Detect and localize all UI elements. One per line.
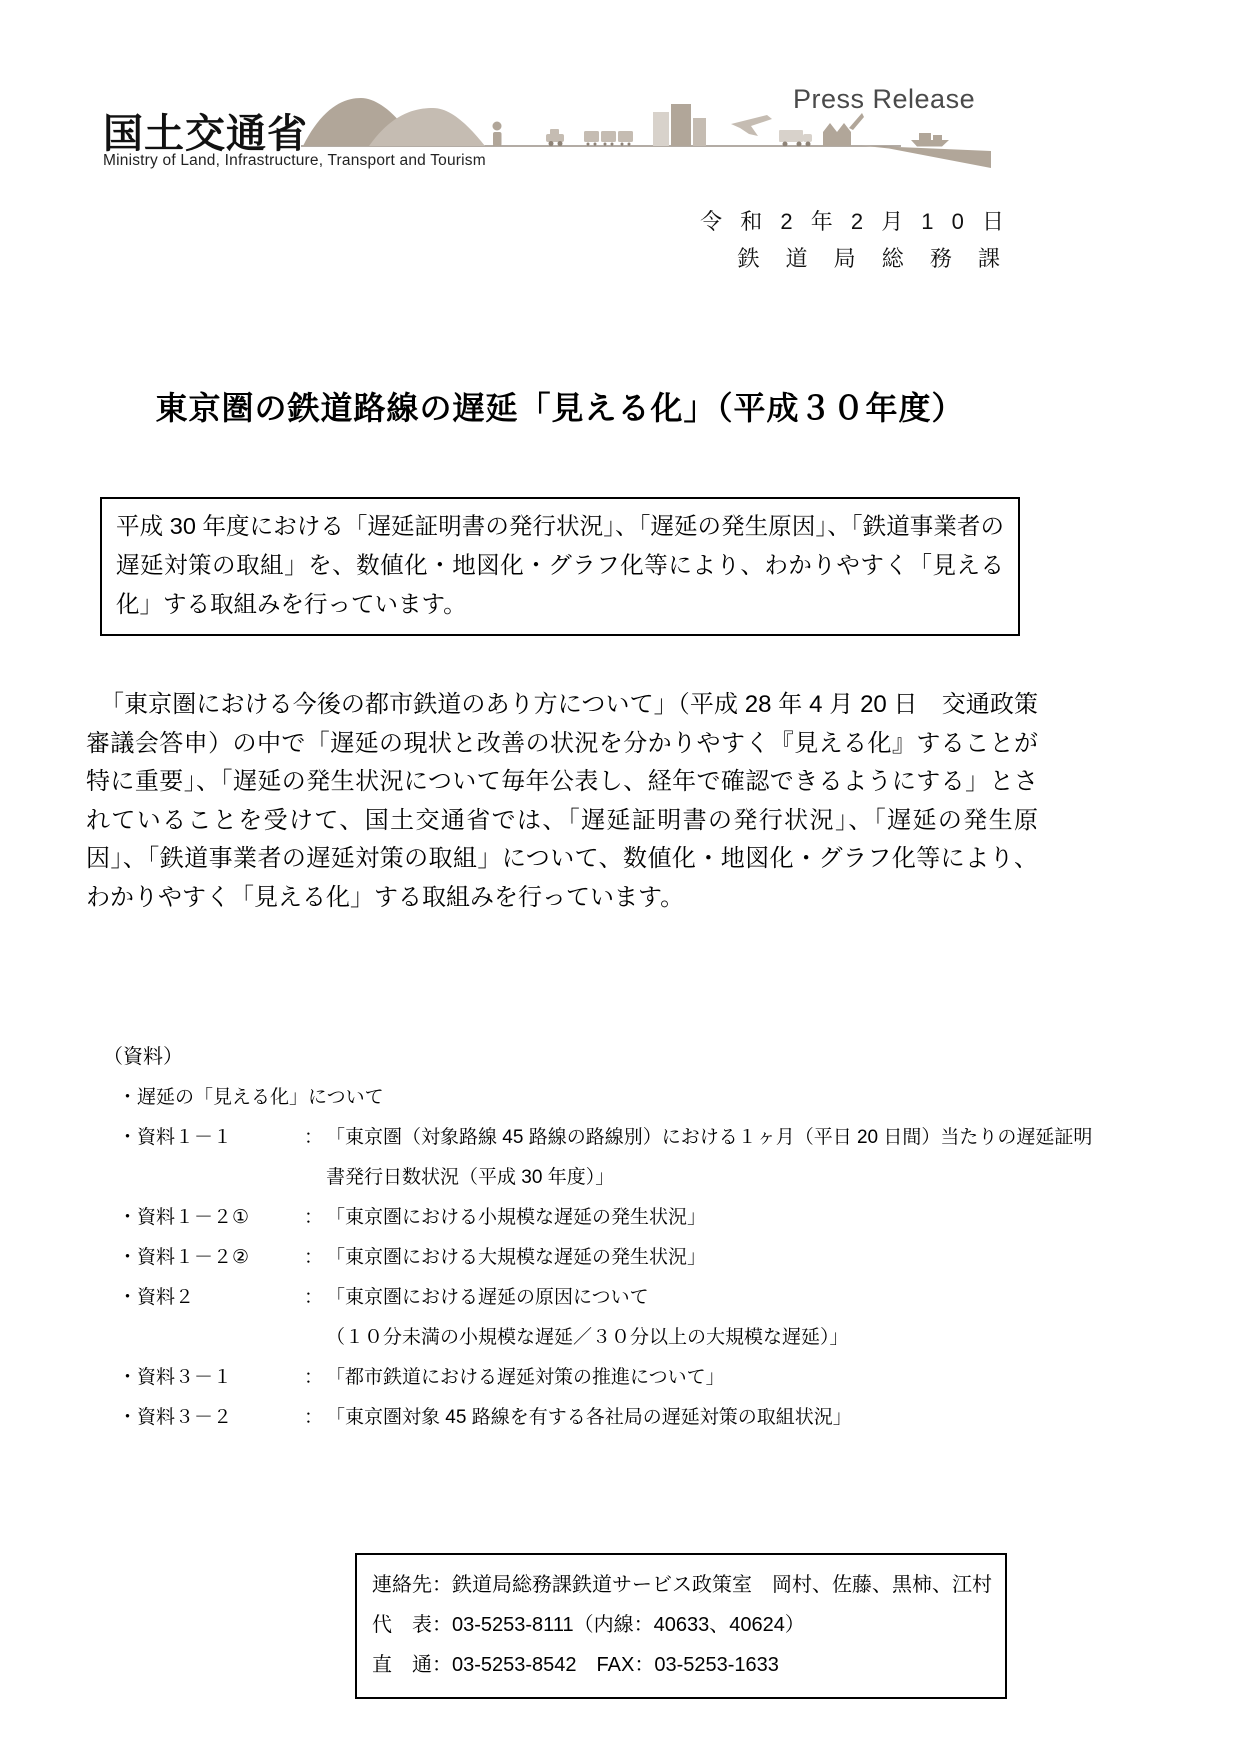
truck-icon <box>779 130 803 142</box>
attachment-colon: ： <box>304 1118 326 1158</box>
attachment-item: ・資料１－２① ： 「東京圏における小規模な遅延の発生状況」 <box>118 1198 1178 1238</box>
train-icon <box>584 131 599 142</box>
attachment-description: 「東京圏における遅延の原因について （１０分未満の小規模な遅延／３０分以上の大規… <box>326 1278 849 1358</box>
ship-icon <box>911 140 949 147</box>
attachment-description: 「東京圏における大規模な遅延の発生状況」 <box>326 1238 706 1278</box>
attachment-label: ・遅延の「見える化」について <box>118 1078 384 1118</box>
attachment-colon: ： <box>304 1278 326 1318</box>
summary-text: 平成 30 年度における「遅延証明書の発行状況」、「遅延の発生原因」、「鉄道事業… <box>116 513 1004 617</box>
attachment-label: ・資料２ <box>118 1278 304 1318</box>
contact-line: 連絡先：鉄道局総務課鉄道サービス政策室 岡村、佐藤、黒柿、江村 <box>372 1565 990 1605</box>
attachment-description: 「東京圏における小規模な遅延の発生状況」 <box>326 1198 706 1238</box>
summary-box: 平成 30 年度における「遅延証明書の発行状況」、「遅延の発生原因」、「鉄道事業… <box>100 497 1020 636</box>
attachment-item: ・資料３－１ ： 「都市鉄道における遅延対策の推進について」 <box>118 1358 1178 1398</box>
press-release-page: 国土交通省 Ministry of Land, Infrastructure, … <box>0 0 1240 1754</box>
building-icon <box>653 112 669 146</box>
car-icon <box>546 134 564 142</box>
attachments-section-label: （資料） <box>103 1040 183 1069</box>
attachment-description: 「東京圏（対象路線 45 路線の路線別）における１ヶ月（平日 20 日間）当たり… <box>326 1118 1092 1198</box>
attachment-description: 「東京圏対象 45 路線を有する各社局の遅延対策の取組状況」 <box>326 1398 852 1438</box>
attachment-colon: ： <box>304 1358 326 1398</box>
release-date: 令 和 2 年 2 月 1 0 日 <box>530 203 1010 240</box>
attachment-label: ・資料１－２② <box>118 1238 304 1278</box>
attachment-label: ・資料１－２① <box>118 1198 304 1238</box>
factory-icon <box>823 123 851 146</box>
attachment-item: ・資料１－１ ： 「東京圏（対象路線 45 路線の路線別）における１ヶ月（平日 … <box>118 1118 1178 1198</box>
attachment-label: ・資料３－２ <box>118 1398 304 1438</box>
building-icon <box>693 118 706 146</box>
ministry-logo-japanese: 国土交通省 <box>103 102 308 159</box>
attachment-item: ・資料３－２ ： 「東京圏対象 45 路線を有する各社局の遅延対策の取組状況」 <box>118 1398 1178 1438</box>
date-block: 令 和 2 年 2 月 1 0 日 鉄 道 局 総 務 課 <box>530 203 1010 277</box>
attachment-item: ・資料１－２② ： 「東京圏における大規模な遅延の発生状況」 <box>118 1238 1178 1278</box>
attachment-item: ・資料２ ： 「東京圏における遅延の原因について （１０分未満の小規模な遅延／３… <box>118 1278 1178 1358</box>
building-icon <box>671 104 691 146</box>
attachment-colon: ： <box>304 1398 326 1438</box>
header-skyline-illustration <box>300 88 992 170</box>
attachment-label: ・資料１－１ <box>118 1118 304 1158</box>
person-icon <box>493 122 502 131</box>
attachment-colon: ： <box>304 1198 326 1238</box>
attachment-label: ・資料３－１ <box>118 1358 304 1398</box>
contact-line: 代 表：03-5253-8111（内線：40633、40624） <box>372 1605 990 1645</box>
issuing-department: 鉄 道 局 総 務 課 <box>530 240 1010 277</box>
contact-line: 直 通：03-5253-8542 FAX：03-5253-1633 <box>372 1645 990 1685</box>
crane-icon <box>849 113 864 130</box>
attachment-description: 「都市鉄道における遅延対策の推進について」 <box>326 1358 725 1398</box>
attachment-colon: ： <box>304 1238 326 1278</box>
contact-box: 連絡先：鉄道局総務課鉄道サービス政策室 岡村、佐藤、黒柿、江村 代 表：03-5… <box>355 1553 1007 1699</box>
attachments-list: ・遅延の「見える化」について ・資料１－１ ： 「東京圏（対象路線 45 路線の… <box>118 1078 1178 1438</box>
airplane-icon <box>731 115 772 136</box>
swoosh-icon <box>861 146 991 169</box>
document-title: 東京圏の鉄道路線の遅延「見える化」（平成３０年度） <box>85 383 1035 429</box>
body-paragraph: 「東京圏における今後の都市鉄道のあり方について」（平成 28 年 4 月 20 … <box>86 686 1038 917</box>
attachment-item: ・遅延の「見える化」について <box>118 1078 1178 1118</box>
